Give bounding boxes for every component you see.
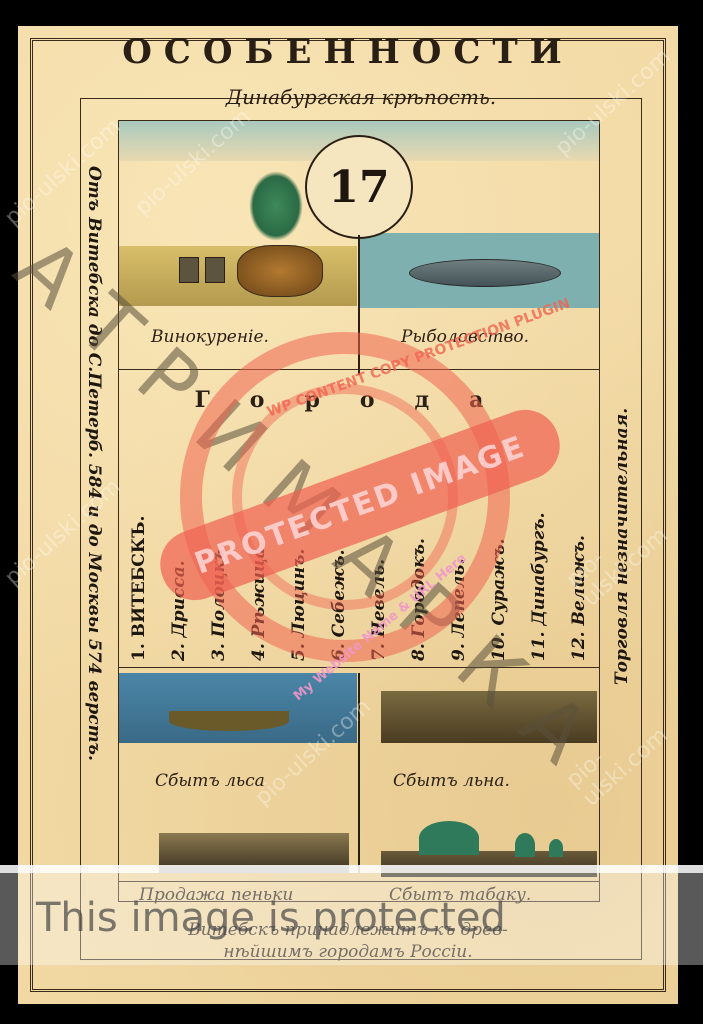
tobacco-plant-icon xyxy=(419,821,479,855)
tobacco-plant-icon xyxy=(515,833,535,857)
city-item: 1. ВИТЕБСКЪ. xyxy=(129,421,149,661)
protection-text: This image is protected xyxy=(36,895,506,941)
caption-timber: Сбытъ льса xyxy=(155,771,265,791)
card-subtitle: Динабургская крѣпость. xyxy=(81,85,641,109)
card-number-badge: 17 xyxy=(305,135,413,239)
bottle-icon xyxy=(179,257,199,283)
hops-plant-icon xyxy=(249,171,303,241)
city-item: 12. Велижъ. xyxy=(569,421,589,661)
barrel-icon xyxy=(237,245,323,297)
caption-flax: Сбытъ льна. xyxy=(393,771,510,791)
card-title: ОСОБЕННОСТИ xyxy=(18,32,678,72)
tobacco-plant-icon xyxy=(549,839,563,857)
fish-icon xyxy=(409,259,561,287)
bottle-icon xyxy=(205,257,225,283)
boat-icon xyxy=(169,711,289,731)
